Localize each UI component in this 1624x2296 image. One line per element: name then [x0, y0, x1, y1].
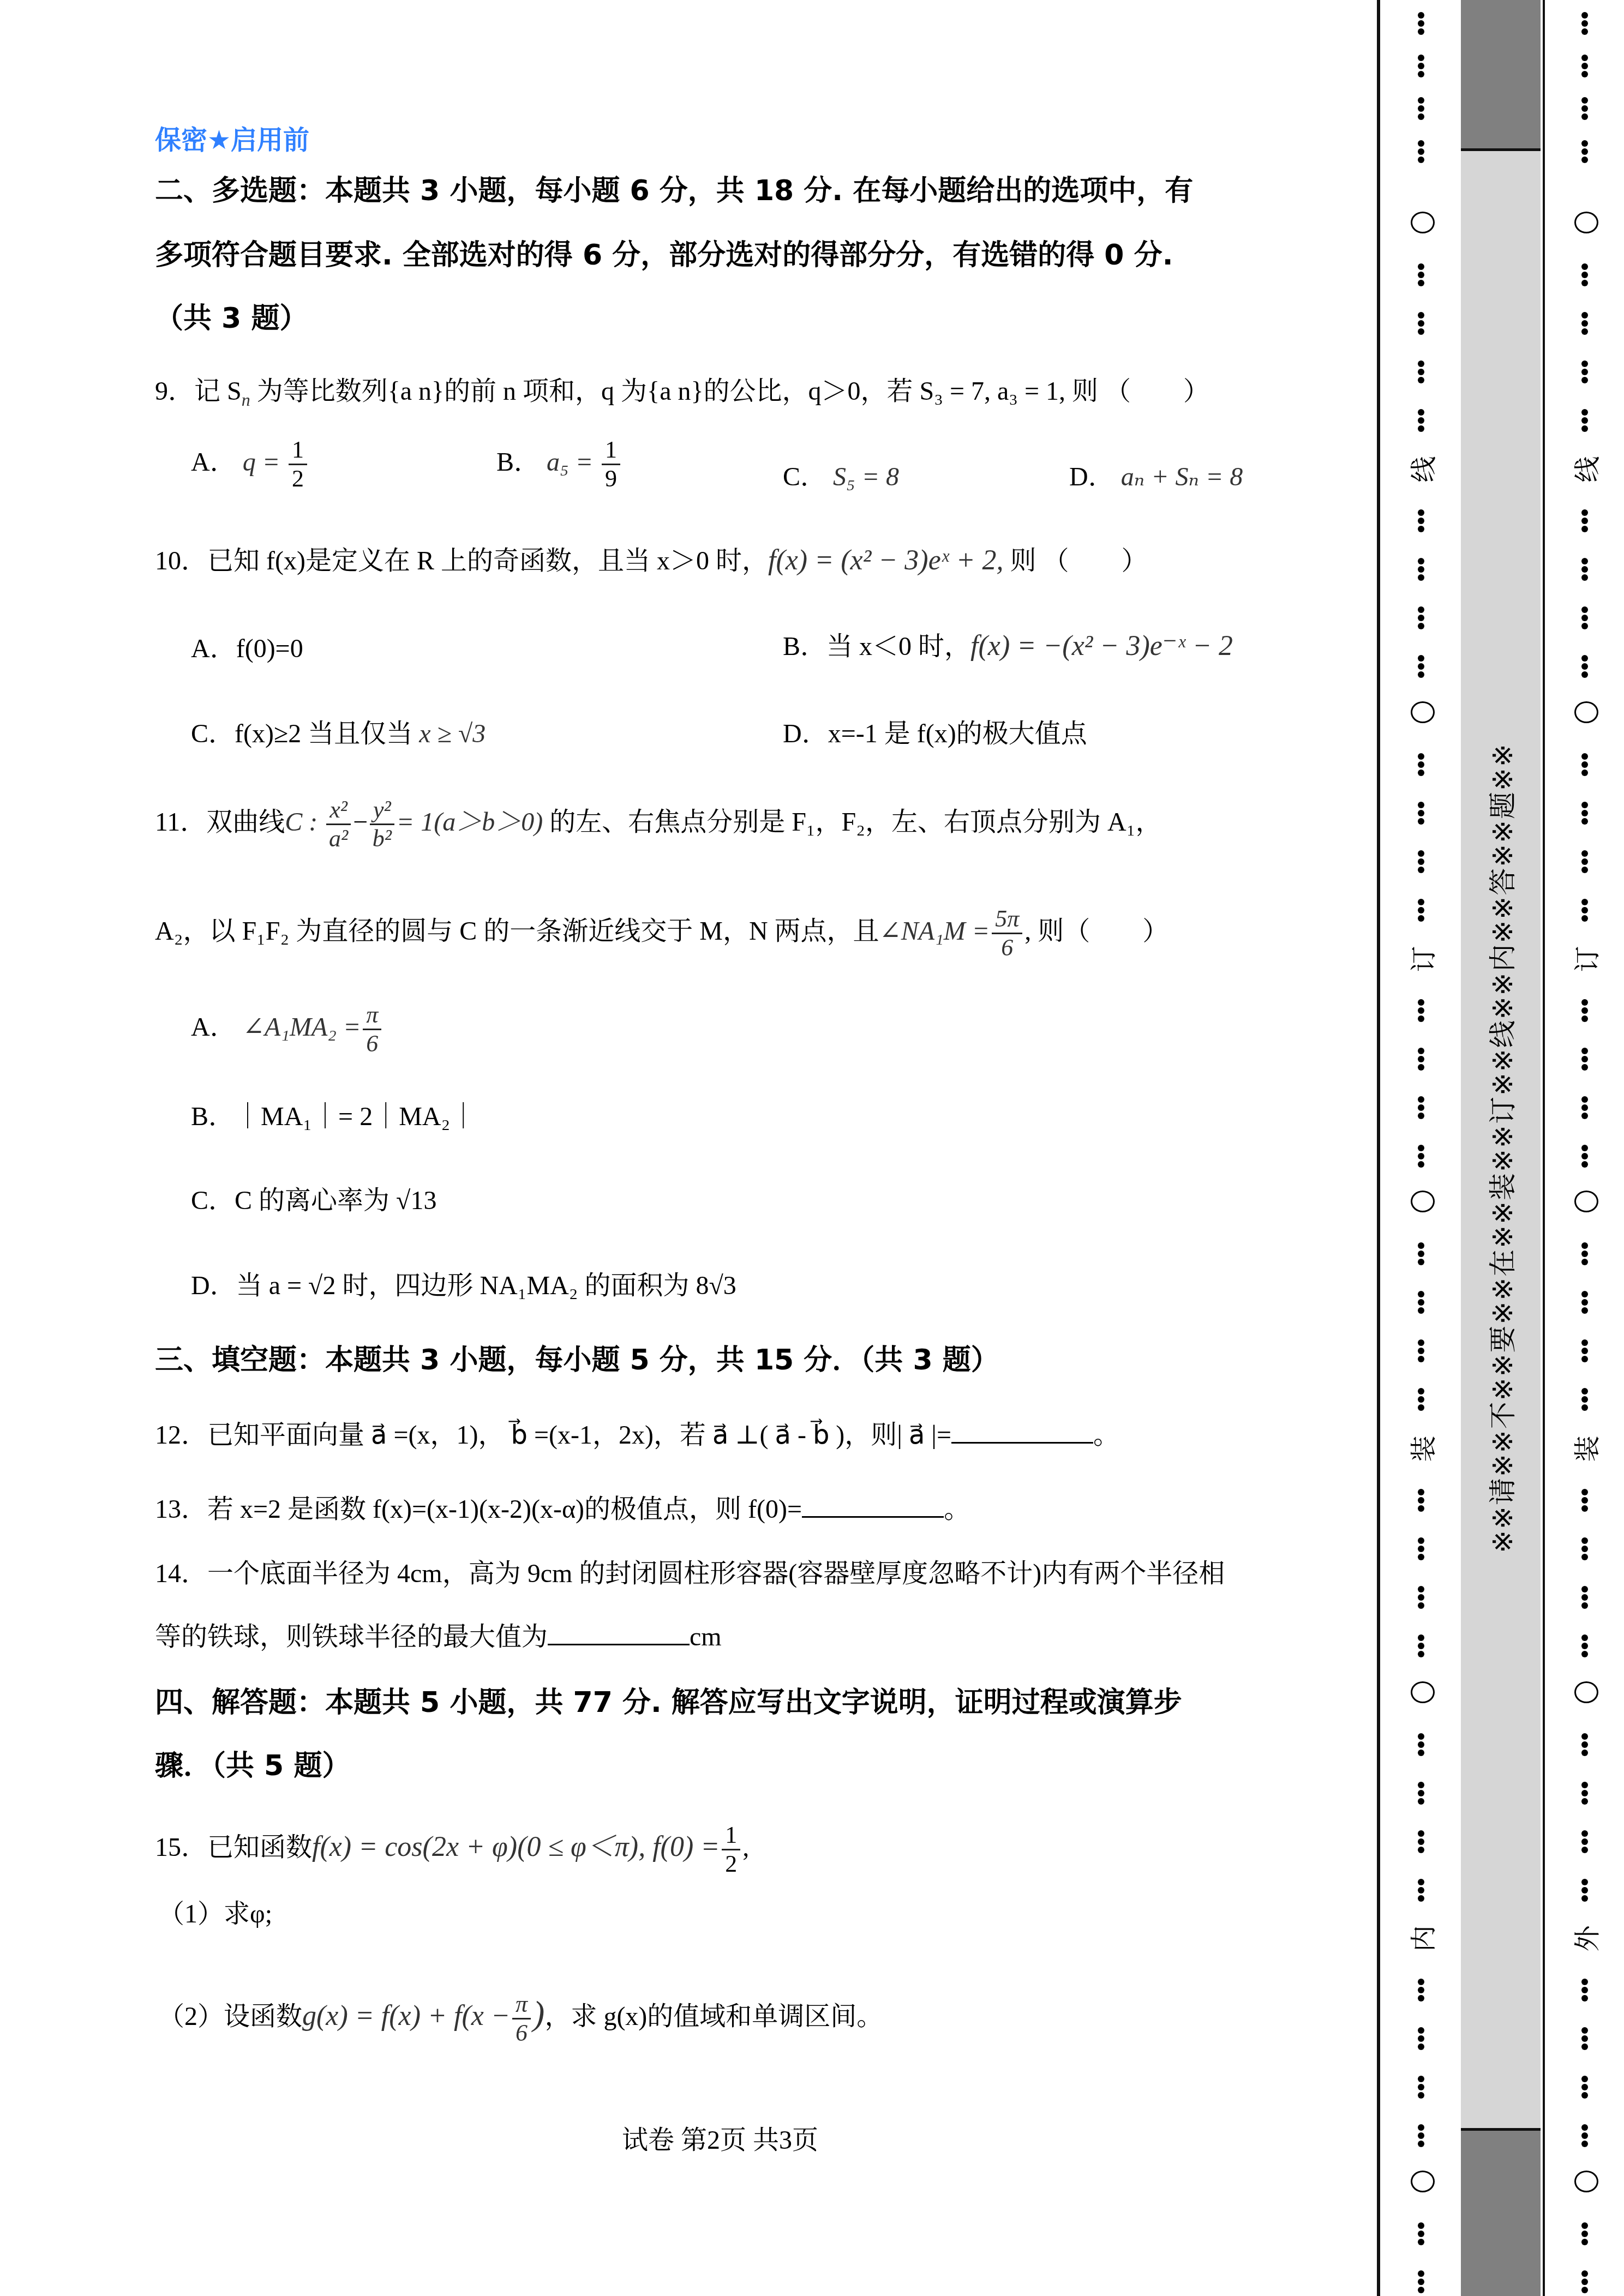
dotted-cut-line	[1581, 1489, 1588, 1513]
dotted-cut-line	[1581, 312, 1588, 336]
binding-label: 装	[1403, 1435, 1440, 1462]
binding-hole-circle-icon	[1574, 1681, 1598, 1703]
fraction: y²b²	[370, 796, 394, 852]
section2-title-line3: （共 3 题）	[155, 301, 308, 336]
q14-unit: cm	[690, 1622, 722, 1651]
section3-title: 三、填空题：本题共 3 小题，每小题 5 分，共 15 分．（共 3 题）	[155, 1343, 999, 1378]
dotted-cut-line	[1418, 2027, 1424, 2052]
fraction: π6	[363, 1001, 381, 1057]
denominator: 6	[1001, 934, 1013, 961]
dotted-cut-line	[1418, 1782, 1424, 1806]
dotted-cut-line	[1418, 1388, 1424, 1413]
section4-title-line2: 骤．（共 5 题）	[155, 1748, 350, 1783]
q11-stem-rest: 的左、右焦点分别是 F₁，F₂，左、右顶点分别为 A₁，	[543, 808, 1161, 837]
dotted-cut-line	[1581, 2076, 1588, 2100]
binding-column-outer: 线订装外	[1543, 0, 1624, 2296]
option-math: aₙ + Sₙ = 8	[1121, 462, 1243, 491]
fraction: 5π6	[992, 905, 1022, 961]
q10-option-c: C．f(x)≥2 当且仅当 x ≥ √3	[191, 718, 486, 750]
dotted-cut-line	[1581, 2222, 1588, 2247]
q10-stem: 10．已知 f(x)是定义在 R 上的奇函数，且当 x＞0 时，f(x) = (…	[155, 544, 1148, 578]
q12-end: 。	[1093, 1421, 1119, 1450]
dotted-cut-line	[1418, 55, 1424, 79]
page-footer: 试卷 第2页 共3页	[622, 2119, 818, 2156]
q15-part2-end: ，求 g(x)的值域和单调区间。	[544, 2002, 883, 2031]
option-math: f(x) = −(x² − 3)e⁻ˣ − 2	[970, 630, 1233, 662]
dotted-cut-line	[1581, 12, 1588, 37]
dotted-cut-line	[1581, 1830, 1588, 1855]
dotted-cut-line	[1581, 1339, 1588, 1364]
strip-dark-bottom	[1461, 2128, 1541, 2296]
dotted-cut-line	[1581, 606, 1588, 631]
dotted-cut-line	[1418, 899, 1424, 923]
q9-option-a: A． q = 12	[191, 436, 309, 492]
q11-line2-end: , 则（ ）	[1024, 917, 1168, 946]
dotted-cut-line	[1581, 558, 1588, 582]
dotted-cut-line	[1418, 2222, 1424, 2247]
dotted-cut-line	[1418, 850, 1424, 875]
binding-hole-circle-icon	[1411, 1681, 1435, 1703]
dotted-cut-line	[1581, 509, 1588, 534]
denominator: b²	[373, 825, 392, 852]
binding-label: 线	[1566, 456, 1603, 482]
dotted-cut-line	[1418, 97, 1424, 122]
numerator: π	[512, 1991, 531, 2019]
confidential-label: 保密★启用前	[155, 119, 309, 157]
q13-text: 13．若 x=2 是函数 f(x)=(x-1)(x-2)(x-α)的极值点，则 …	[155, 1495, 802, 1524]
q12-answer-blank[interactable]	[951, 1418, 1093, 1444]
dotted-cut-line	[1581, 999, 1588, 1024]
dotted-cut-line	[1418, 2124, 1424, 2149]
dotted-cut-line	[1581, 97, 1588, 122]
dotted-cut-line	[1418, 1979, 1424, 2003]
q11-stem-line2: A₂，以 F₁F₂ 为直径的圆与 C 的一条渐近线交于 M，N 两点，且∠NA₁…	[155, 905, 1168, 961]
dotted-cut-line	[1581, 1782, 1588, 1806]
q9-stem: 9．记 Sn 为等比数列{a n}的前 n 项和，q 为{a n}的公比，q＞0…	[155, 375, 1209, 416]
dotted-cut-line	[1418, 1489, 1424, 1513]
dotted-cut-line	[1418, 655, 1424, 680]
option-math: a₅ =	[547, 448, 593, 477]
binding-column-inner: 线订装内	[1377, 0, 1464, 2296]
binding-hole-circle-icon	[1411, 1191, 1435, 1212]
dotted-cut-line	[1418, 1145, 1424, 1169]
option-text: B．当 x＜0 时，	[783, 632, 970, 661]
dotted-cut-line	[1581, 2270, 1588, 2295]
denominator: 6	[366, 1030, 378, 1057]
dotted-cut-line	[1581, 263, 1588, 288]
q11-stem-line1: 11．双曲线C : x²a²−y²b²= 1(a＞b＞0) 的左、右焦点分别是 …	[155, 796, 1161, 852]
binding-hole-circle-icon	[1574, 1191, 1598, 1212]
dotted-cut-line	[1418, 999, 1424, 1024]
numerator: y²	[370, 796, 394, 825]
fraction: π6	[512, 1991, 531, 2047]
section2-title-line1: 二、多选题：本题共 3 小题，每小题 6 分，共 18 分. 在每小题给出的选项…	[155, 173, 1193, 208]
dotted-cut-line	[1418, 1879, 1424, 1903]
option-label: C．	[783, 462, 826, 491]
dotted-cut-line	[1418, 558, 1424, 582]
dotted-cut-line	[1418, 1096, 1424, 1121]
dotted-cut-line	[1581, 1145, 1588, 1169]
denominator: 6	[516, 2019, 528, 2047]
binding-label: 外	[1566, 1925, 1603, 1951]
fraction: x²a²	[326, 796, 351, 852]
option-label: B．	[496, 448, 540, 477]
dotted-cut-line	[1418, 1242, 1424, 1267]
dotted-cut-line	[1418, 606, 1424, 631]
q15-stem-text: 15．已知函数	[155, 1833, 312, 1862]
dotted-cut-line	[1581, 1537, 1588, 1562]
dotted-cut-line	[1418, 1291, 1424, 1315]
binding-hole-circle-icon	[1411, 701, 1435, 723]
denominator: 2	[292, 465, 304, 492]
section2-title-line2: 多项符合题目要求. 全部选对的得 6 分，部分选对的得部分分，有选错的得 0 分…	[155, 238, 1173, 273]
q10-option-b: B．当 x＜0 时，f(x) = −(x² − 3)e⁻ˣ − 2	[783, 630, 1233, 663]
numerator: 1	[722, 1822, 740, 1850]
option-text: C．f(x)≥2 当且仅当	[191, 719, 412, 748]
dotted-cut-line	[1581, 1048, 1588, 1072]
dotted-cut-line	[1581, 360, 1588, 385]
q9-option-d: D． aₙ + Sₙ = 8	[1069, 461, 1243, 494]
q13-end: 。	[944, 1495, 970, 1524]
q15-part1: （1）求φ;	[158, 1898, 272, 1931]
binding-warning-text: ※※请※※不※※要※※在※※装※※订※※线※※内※※答※※题※※	[1481, 743, 1520, 1553]
q14-text: 等的铁球，则铁球半径的最大值为	[155, 1622, 548, 1651]
q11-stem-start: 11．双曲线	[155, 808, 285, 837]
dotted-cut-line	[1418, 2270, 1424, 2295]
dotted-cut-line	[1418, 12, 1424, 37]
q10-stem-math: f(x) = (x² − 3)eˣ + 2,	[768, 545, 1004, 576]
binding-hole-circle-icon	[1411, 212, 1435, 233]
q15-stem-end: ,	[742, 1833, 749, 1862]
numerator: π	[363, 1001, 381, 1030]
dotted-cut-line	[1418, 360, 1424, 385]
q10-option-a: A．f(0)=0	[191, 633, 303, 665]
dotted-cut-line	[1581, 1979, 1588, 2003]
numerator: 1	[289, 436, 307, 465]
q9-stem-sub: n	[242, 390, 250, 410]
binding-label: 内	[1403, 1925, 1440, 1951]
binding-hole-circle-icon	[1574, 212, 1598, 233]
q15-part2-math: g(x) = f(x) + f(x −	[302, 2000, 510, 2031]
dotted-cut-line	[1581, 409, 1588, 434]
dotted-cut-line	[1581, 2027, 1588, 2052]
section4-title-line1: 四、解答题：本题共 5 小题，共 77 分. 解答应写出文字说明，证明过程或演算…	[155, 1685, 1182, 1720]
q12-text: 12．已知平面向量 a⃗ =(x，1)， b⃗ =(x-1，2x)，若 a⃗ ⊥…	[155, 1421, 951, 1450]
q11-math: C :	[285, 808, 317, 837]
q9-stem-start: 9．记 S	[155, 377, 242, 406]
q13: 13．若 x=2 是函数 f(x)=(x-1)(x-2)(x-α)的极值点，则 …	[155, 1492, 970, 1526]
q14-answer-blank[interactable]	[548, 1620, 690, 1645]
dotted-cut-line	[1581, 1586, 1588, 1610]
dotted-cut-line	[1581, 55, 1588, 79]
dotted-cut-line	[1581, 899, 1588, 923]
q11-option-d: D．当 a = √2 时，四边形 NA₁MA₂ 的面积为 8√3	[191, 1270, 736, 1302]
fraction: 12	[722, 1822, 740, 1878]
fraction: 19	[602, 436, 620, 492]
binding-hole-circle-icon	[1574, 2171, 1598, 2192]
dotted-cut-line	[1581, 802, 1588, 826]
strip-dark-top	[1461, 0, 1541, 151]
q9-option-b: B． a₅ = 19	[496, 436, 622, 492]
q11-option-a: A． ∠A₁MA₂ =π6	[191, 1001, 383, 1057]
dotted-cut-line	[1581, 140, 1588, 165]
dotted-cut-line	[1418, 409, 1424, 434]
q10-stem-end: 则 （ ）	[1003, 546, 1147, 575]
dotted-cut-line	[1418, 1830, 1424, 1855]
q15-part2-text: （2）设函数	[158, 2002, 302, 2031]
dotted-cut-line	[1418, 312, 1424, 336]
option-math: x ≥ √3	[419, 719, 486, 748]
denominator: 9	[605, 465, 617, 492]
dotted-cut-line	[1581, 1879, 1588, 1903]
dotted-cut-line	[1581, 2124, 1588, 2149]
dotted-cut-line	[1418, 1634, 1424, 1659]
dotted-cut-line	[1418, 263, 1424, 288]
dotted-cut-line	[1418, 2076, 1424, 2100]
q9-stem-rest: 为等比数列{a n}的前 n 项和，q 为{a n}的公比，q＞0，若 S₃ =…	[250, 377, 1209, 406]
numerator: 1	[602, 436, 620, 465]
dotted-cut-line	[1581, 850, 1588, 875]
q15-part2-close: )	[533, 1994, 544, 2033]
q10-stem-text: 10．已知 f(x)是定义在 R 上的奇函数，且当 x＞0 时，	[155, 546, 768, 575]
dotted-cut-line	[1581, 753, 1588, 778]
dotted-cut-line	[1581, 1291, 1588, 1315]
option-label: D．	[1069, 462, 1114, 491]
fraction: 12	[289, 436, 307, 492]
q12: 12．已知平面向量 a⃗ =(x，1)， b⃗ =(x-1，2x)，若 a⃗ ⊥…	[155, 1418, 1119, 1452]
q11-math-rhs: = 1(a＞b＞0)	[397, 808, 543, 837]
dotted-cut-line	[1418, 509, 1424, 534]
dotted-cut-line	[1581, 1634, 1588, 1659]
option-label: A．	[191, 1013, 236, 1042]
dotted-cut-line	[1581, 1242, 1588, 1267]
dotted-cut-line	[1418, 1537, 1424, 1562]
q11-option-c: C．C 的离心率为 √13	[191, 1185, 436, 1217]
binding-label: 线	[1403, 456, 1440, 482]
q14-line2: 等的铁球，则铁球半径的最大值为cm	[155, 1620, 722, 1654]
binding-hole-circle-icon	[1574, 701, 1598, 723]
option-label: A．	[191, 448, 236, 477]
dotted-cut-line	[1418, 1048, 1424, 1072]
dotted-cut-line	[1581, 655, 1588, 680]
q15-part2: （2）设函数g(x) = f(x) + f(x −π6)，求 g(x)的值域和单…	[158, 1991, 883, 2047]
option-math: ∠A₁MA₂ =	[243, 1013, 361, 1042]
binding-hole-circle-icon	[1411, 2171, 1435, 2192]
q15-stem-math: f(x) = cos(2x + φ)(0 ≤ φ＜π), f(0) =	[312, 1831, 720, 1862]
dotted-cut-line	[1581, 1388, 1588, 1413]
dotted-cut-line	[1418, 753, 1424, 778]
q15-stem: 15．已知函数f(x) = cos(2x + φ)(0 ≤ φ＜π), f(0)…	[155, 1822, 749, 1878]
dotted-cut-line	[1581, 1096, 1588, 1121]
dotted-cut-line	[1418, 1733, 1424, 1758]
dotted-cut-line	[1418, 1586, 1424, 1610]
denominator: a²	[329, 825, 348, 852]
q14-line1: 14．一个底面半径为 4cm，高为 9cm 的封闭圆柱形容器(容器壁厚度忽略不计…	[155, 1558, 1225, 1590]
dotted-cut-line	[1418, 802, 1424, 826]
binding-label: 装	[1566, 1435, 1603, 1462]
dotted-cut-line	[1581, 1733, 1588, 1758]
binding-label: 订	[1566, 946, 1603, 972]
option-math: q =	[243, 448, 280, 477]
denominator: 2	[725, 1850, 737, 1878]
numerator: 5π	[992, 905, 1022, 934]
q10-option-d: D．x=-1 是 f(x)的极大值点	[783, 718, 1087, 750]
numerator: x²	[326, 796, 351, 825]
dotted-cut-line	[1418, 140, 1424, 165]
option-math: S₅ = 8	[833, 462, 899, 491]
binding-label: 订	[1403, 946, 1440, 972]
q9-option-c: C． S₅ = 8	[783, 461, 899, 494]
q11-line2-math: ∠NA₁M =	[879, 917, 990, 946]
exam-page: 保密★启用前 二、多选题：本题共 3 小题，每小题 6 分，共 18 分. 在每…	[0, 0, 1375, 2296]
binding-warning-strip: ※※请※※不※※要※※在※※装※※订※※线※※内※※答※※题※※	[1461, 0, 1541, 2296]
dotted-cut-line	[1418, 1339, 1424, 1364]
q11-option-b: B．｜MA₁｜= 2｜MA₂｜	[191, 1101, 476, 1133]
q13-answer-blank[interactable]	[802, 1492, 944, 1518]
q11-line2-text: A₂，以 F₁F₂ 为直径的圆与 C 的一条渐近线交于 M，N 两点，且	[155, 917, 879, 946]
